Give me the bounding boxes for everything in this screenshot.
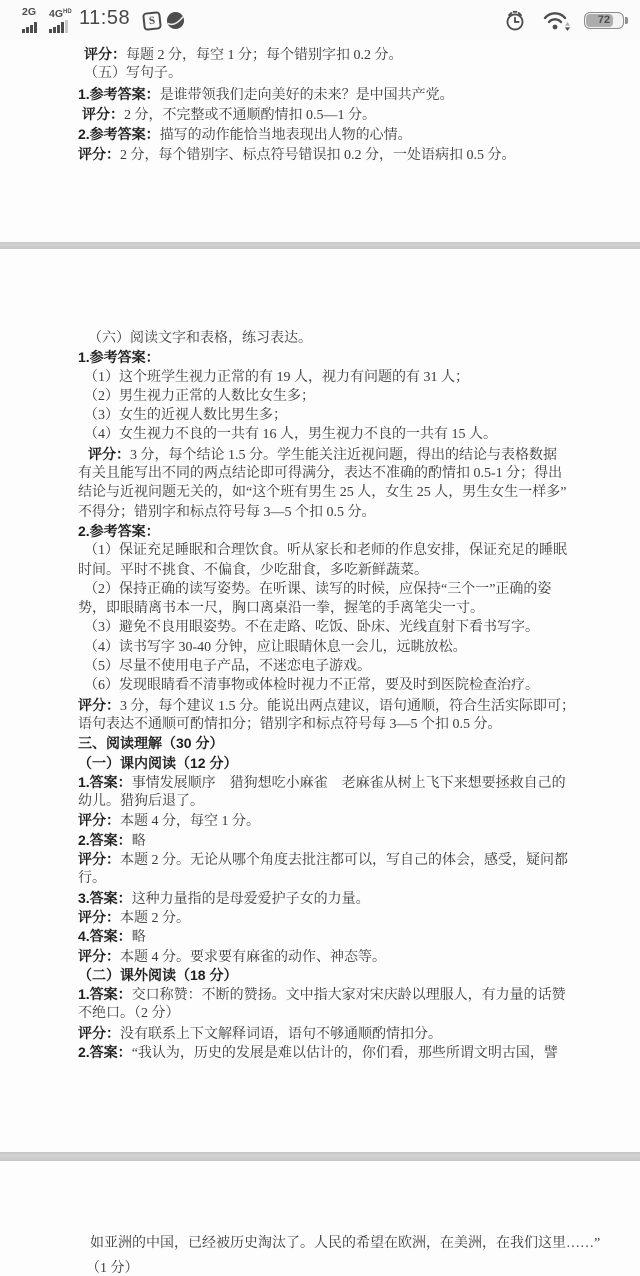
doc-line: 评分：3 分，每个结论 1.5 分。学生能关注近视问题，得出的结论与表格数据 [78,445,640,464]
doc-line: 评分：本题 4 分。要求要有麻雀的动作、神态等。 [78,947,640,966]
doc-line: （五）写句子。 [78,64,640,84]
doc-line: 评分：本题 4 分，每空 1 分。 [78,811,640,830]
doc-line: 4.答案：略 [78,927,640,946]
browser-planet-icon [166,11,185,30]
doc-line: 2.参考答案： [78,522,640,541]
page-separator-band [0,1152,640,1161]
doc-line: （1）保证充足睡眠和合理饮食。听从家长和老师的作息安排，保证充足的睡眠 [78,541,640,560]
doc-line: 行。 [78,869,640,888]
doc-line: （6）发现眼睛看不清事物或体检时视力不正常，要及时到医院检查治疗。 [78,676,640,695]
signal-bars-icon [49,22,68,33]
doc-line: 3.答案：这种力量指的是母爱爱护子女的力量。 [78,889,640,908]
status-bar: 2G 4GHD 11:58 S [0,0,640,40]
signal-4g-indicator: 4GHD [49,7,81,33]
doc-line: 评分：3 分，每个建议 1.5 分。能说出两点建议，语句通顺，符合生活实际即可； [78,696,640,715]
doc-line: （3）女生的近视人数比男生多； [78,406,640,425]
doc-line: （2）男生视力正常的人数比女生多； [78,387,640,406]
battery-nub [625,17,628,24]
upload-arrow-icon [565,22,570,26]
doc-line: 2.答案：“我认为，历史的发展是难以估计的，你们看，那些所谓文明古国，譬 [78,1043,640,1062]
doc-line: 2.参考答案：描写的动作能恰当地表现出人物的心情。 [78,124,640,144]
signal-2g-indicator: 2G [22,7,48,33]
signal-4g-label: 4GHD [49,7,81,20]
doc-line: （3）避免不良用眼姿势。不在走路、吃饭、卧床、光线直射下看书写字。 [78,618,640,637]
doc-line: 评分：2 分，不完整或不通顺酌情扣 0.5—1 分。 [78,104,640,124]
document-page-bottom-fragment: 如亚洲的中国，已经被历史淘汰了。人民的希望在欧洲，在美洲，在我们这里……”（1 … [78,1232,640,1276]
document-page-main: （六）阅读文字和表格，练习表达。1.参考答案：（1）这个班学生视力正常的有 19… [78,329,640,1062]
doc-line: （二）课外阅读（18 分） [78,966,640,985]
doc-line: 1.答案：事情发展顺序 猎狗想吃小麻雀 老麻雀从树上飞下来想要拯救自己的 [78,773,640,792]
phone-screen: 2G 4GHD 11:58 S [0,0,640,1276]
screenshot-s-icon: S [142,11,162,31]
doc-line: 评分：每题 2 分，每空 1 分；每个错别字扣 0.2 分。 [78,44,640,64]
doc-line: 结论与近视问题无关的，如“这个班有男生 25 人，女生 25 人，男生女生一样多… [78,483,640,502]
doc-line: （1）这个班学生视力正常的有 19 人，视力有问题的有 31 人； [78,368,640,387]
doc-line: 语句表达不通顺可酌情扣分；错别字和标点符号每 3—5 个扣 0.5 分。 [78,715,640,734]
wifi-icon [542,10,574,32]
doc-line: （4）读书写字 30-40 分钟，应让眼睛休息一会儿，远眺放松。 [78,638,640,657]
hd-badge: HD [63,9,72,15]
doc-line: 三、阅读理解（30 分） [78,734,640,753]
battery-percent: 72 [585,13,623,28]
download-arrow-icon [565,27,570,31]
doc-line: 2.答案：略 [78,831,640,850]
signal-bars-icon [22,22,37,33]
doc-line: （一）课内阅读（12 分） [78,754,640,773]
doc-line: （1 分） [78,1257,640,1276]
doc-line: 不绝口。（2 分） [78,1004,640,1023]
doc-line: 不得分；错别字和标点符号每 3—5 个扣 0.5 分。 [78,503,640,522]
doc-line: 1.答案：交口称赞：不断的赞扬。文中指大家对宋庆龄以理服人，有力量的话赞 [78,985,640,1004]
doc-line: （2）保持正确的读写姿势。在听课、读写的时候，应保持“三个一”正确的姿 [78,580,640,599]
doc-line: （5）尽量不使用电子产品，不迷恋电子游戏。 [78,657,640,676]
battery-icon: 72 [584,12,624,29]
doc-line: 评分：2 分，每个错别字、标点符号错误扣 0.2 分，一处语病扣 0.5 分。 [78,144,640,164]
doc-line: 时间。平时不挑食、不偏食，少吃甜食，多吃新鲜蔬菜。 [78,561,640,580]
clock-time: 11:58 [79,7,130,30]
doc-line: 评分：没有联系上下文解释词语，语句不够通顺酌情扣分。 [78,1024,640,1043]
alarm-clock-icon [504,10,526,32]
doc-line: 1.参考答案：是谁带领我们走向美好的未来？是中国共产党。 [78,84,640,104]
signal-2g-label: 2G [22,7,48,18]
doc-line: 1.参考答案： [78,348,640,367]
doc-line: 有关且能写出不同的两点结论即可得满分，表达不准确的酌情扣 0.5-1 分；得出 [78,464,640,483]
document-page-top-fragment: 评分：每题 2 分，每空 1 分；每个错别字扣 0.2 分。（五）写句子。1.参… [78,44,640,164]
page-separator-band [0,242,640,249]
doc-line: 幼儿。猎狗后退了。 [78,792,640,811]
doc-line: （4）女生视力不良的一共有 16 人，男生视力不良的一共有 15 人。 [78,425,640,444]
doc-line: 如亚洲的中国，已经被历史淘汰了。人民的希望在欧洲，在美洲，在我们这里……” [78,1232,640,1257]
doc-line: 势，即眼睛离书本一尺，胸口离桌沿一拳，握笔的手离笔尖一寸。 [78,599,640,618]
doc-line: 评分：本题 2 分。无论从哪个角度去批注都可以，写自己的体会，感受，疑问都 [78,850,640,869]
doc-line: 评分：本题 2 分。 [78,908,640,927]
doc-line: （六）阅读文字和表格，练习表达。 [78,329,640,348]
